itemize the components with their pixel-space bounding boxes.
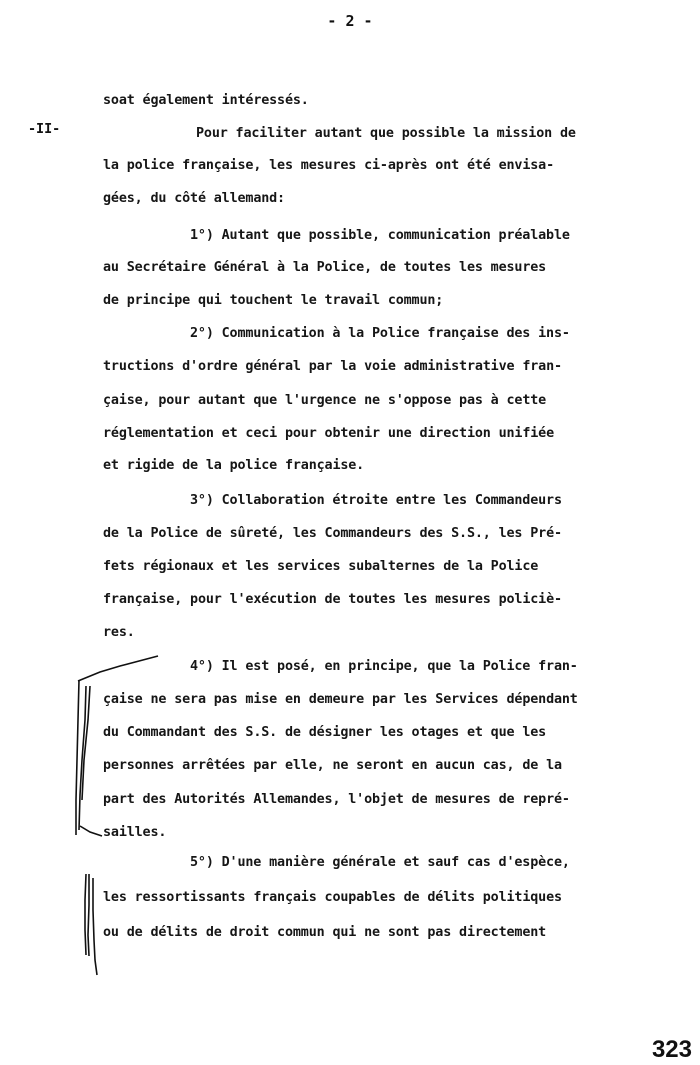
text-line: sailles. <box>103 824 166 842</box>
bracket-item-4-icon <box>76 656 158 836</box>
page-header: - 2 - <box>0 12 700 30</box>
text-line: les ressortissants français coupables de… <box>103 889 562 907</box>
text-line: au Secrétaire Général à la Police, de to… <box>103 259 546 277</box>
text-line: de la Police de sûreté, les Commandeurs … <box>103 525 562 543</box>
text-line: et rigide de la police française. <box>103 457 364 475</box>
text-line: gées, du côté allemand: <box>103 190 285 208</box>
text-line: fets régionaux et les services subaltern… <box>103 558 538 576</box>
text-line: personnes arrêtées par elle, ne seront e… <box>103 757 562 775</box>
text-line: çaise, pour autant que l'urgence ne s'op… <box>103 392 546 410</box>
text-line: Pour faciliter autant que possible la mi… <box>196 125 576 143</box>
text-line: ou de délits de droit commun qui ne sont… <box>103 924 546 942</box>
text-line: de principe qui touchent le travail comm… <box>103 292 443 310</box>
text-line: res. <box>103 624 135 642</box>
bracket-item-5-icon <box>85 874 97 975</box>
text-line: 5°) D'une manière générale et sauf cas d… <box>190 854 570 872</box>
text-line: part des Autorités Allemandes, l'objet d… <box>103 791 570 809</box>
section-number: -II- <box>28 122 60 137</box>
document-page: - 2 - -II- soat également intéressés.Pou… <box>0 0 700 1065</box>
text-line: la police française, les mesures ci-aprè… <box>103 157 554 175</box>
text-line: réglementation et ceci pour obtenir une … <box>103 425 554 443</box>
text-line: 4°) Il est posé, en principe, que la Pol… <box>190 658 578 676</box>
text-line: 3°) Collaboration étroite entre les Comm… <box>190 492 562 510</box>
text-line: 1°) Autant que possible, communication p… <box>190 227 570 245</box>
archive-page-number: 323 <box>652 1036 692 1064</box>
text-line: française, pour l'exécution de toutes le… <box>103 591 562 609</box>
text-line: 2°) Communication à la Police française … <box>190 325 570 343</box>
text-line: tructions d'ordre général par la voie ad… <box>103 358 562 376</box>
text-line: çaise ne sera pas mise en demeure par le… <box>103 691 578 709</box>
text-line: du Commandant des S.S. de désigner les o… <box>103 724 546 742</box>
text-line: soat également intéressés. <box>103 92 309 110</box>
